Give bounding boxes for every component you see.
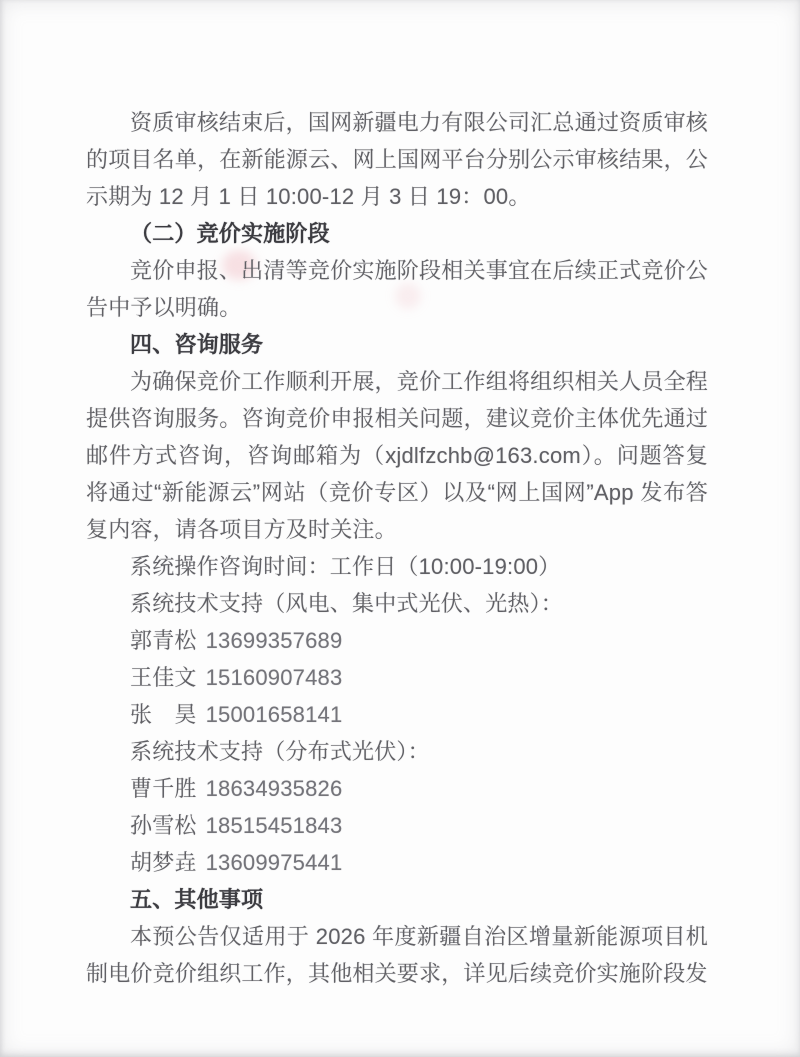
contact-line: 王佳文15160907483	[86, 659, 708, 696]
contact-name: 郭青松	[130, 628, 197, 653]
contact-line: 孙雪松18515451843	[86, 807, 708, 844]
contact-phone: 18634935826	[206, 776, 343, 801]
section-heading: （二）竞价实施阶段	[86, 215, 708, 252]
contact-name: 孙雪松	[130, 813, 197, 838]
contact-phone: 13699357689	[206, 628, 343, 653]
document-page: 资质审核结束后，国网新疆电力有限公司汇总通过资质审核的项目名单，在新能源云、网上…	[0, 0, 800, 1057]
paragraph: 资质审核结束后，国网新疆电力有限公司汇总通过资质审核的项目名单，在新能源云、网上…	[86, 104, 708, 215]
text-line: 系统技术支持（分布式光伏）：	[86, 733, 708, 770]
text-line: 系统技术支持（风电、集中式光伏、光热）：	[86, 585, 708, 622]
contact-line: 郭青松13699357689	[86, 622, 708, 659]
section-heading: 五、其他事项	[86, 881, 708, 918]
contact-name: 胡梦垚	[130, 850, 197, 875]
contact-line: 张 昊15001658141	[86, 696, 708, 733]
contact-line: 曹千胜18634935826	[86, 770, 708, 807]
contact-line: 胡梦垚13609975441	[86, 844, 708, 881]
contact-phone: 18515451843	[206, 813, 343, 838]
contact-name: 王佳文	[130, 665, 197, 690]
contact-phone: 15160907483	[206, 665, 343, 690]
paragraph: 竞价申报、出清等竞价实施阶段相关事宜在后续正式竞价公告中予以明确。	[86, 252, 708, 326]
section-heading: 四、咨询服务	[86, 326, 708, 363]
text-line: 系统操作咨询时间：工作日（10:00-19:00）	[86, 548, 708, 585]
paragraph: 为确保竞价工作顺利开展，竞价工作组将组织相关人员全程提供咨询服务。咨询竞价申报相…	[86, 363, 708, 548]
contact-name: 张 昊	[130, 702, 197, 727]
contact-phone: 13609975441	[206, 850, 343, 875]
paragraph: 本预公告仅适用于 2026 年度新疆自治区增量新能源项目机制电价竞价组织工作，其…	[86, 918, 708, 992]
contact-phone: 15001658141	[206, 702, 343, 727]
contact-name: 曹千胜	[130, 776, 197, 801]
document-content: 资质审核结束后，国网新疆电力有限公司汇总通过资质审核的项目名单，在新能源云、网上…	[86, 104, 708, 992]
